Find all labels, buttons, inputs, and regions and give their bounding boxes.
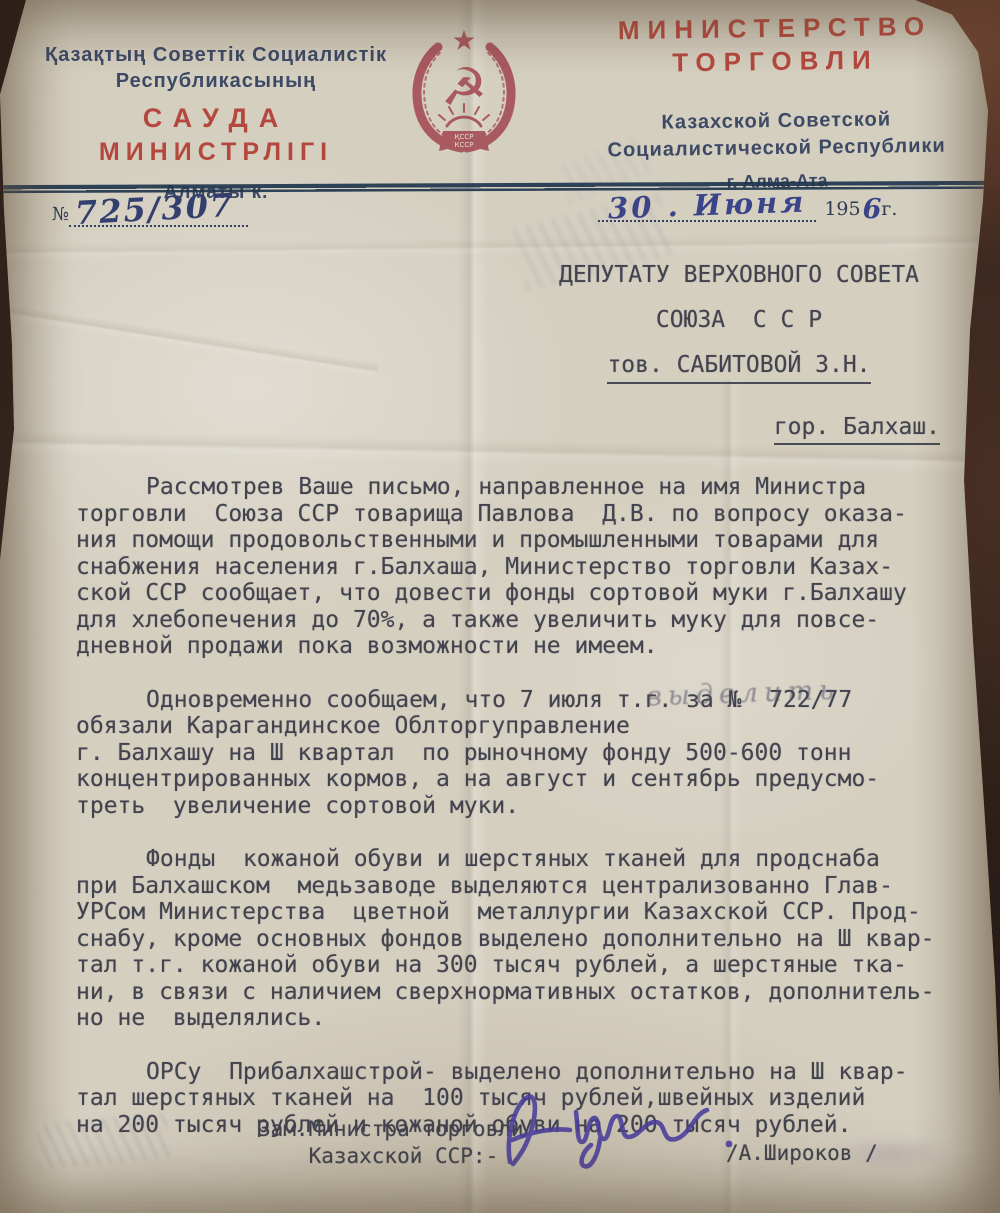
signature-title: Зам.Министра торговли Казахской ССР:- xyxy=(258,1116,524,1170)
number-dotted-line: 725/307 xyxy=(69,194,248,227)
star-icon xyxy=(454,30,475,50)
letterhead-kazakh-block: Қазақтың Советтік Социалистік Республика… xyxy=(34,42,398,204)
addressee-line2: СОЮЗА С С Р xyxy=(538,307,940,333)
addressee-city-underlined: гор. Балхаш. xyxy=(774,414,940,445)
handwritten-year-digit: 6 xyxy=(863,198,882,222)
addressee-line3: тов. САБИТОВОЙ З.Н. xyxy=(538,352,940,384)
ribbon-text-1: ҚССР xyxy=(455,133,474,141)
addressee-line1: ДЕПУТАТУ ВЕРХОВНОГО СОВЕТА xyxy=(538,262,940,288)
handwritten-date: 30 . Июня xyxy=(608,187,807,224)
addressee-block: ДЕПУТАТУ ВЕРХОВНОГО СОВЕТА СОЮЗА С С Р т… xyxy=(538,262,940,445)
letter-body: Рассмотрев Ваше письмо, направленное на … xyxy=(76,474,971,1165)
printed-year-suffix: г. xyxy=(881,198,897,222)
date-dotted-line: 30 . Июня xyxy=(598,190,816,222)
hammer-and-sickle-icon: ☭ xyxy=(441,58,488,118)
printed-year-prefix: 195 xyxy=(816,198,862,222)
letterhead-kazakh-ministry-line2: МИНИСТРЛІГІ xyxy=(34,138,398,167)
date-row: 30 . Июня 195 6 г. xyxy=(598,190,897,222)
number-label: № xyxy=(52,204,69,227)
letterhead-russian-ministry-line1: МИНИСТЕРСТВО xyxy=(577,9,973,48)
horizontal-crease-upper xyxy=(0,233,1000,261)
signature-printed-name: /А.Широков / xyxy=(726,1141,878,1165)
addressee-name-underlined: тов. САБИТОВОЙ З.Н. xyxy=(607,352,870,384)
letter-document: Қазақтың Советтік Социалистік Республика… xyxy=(0,0,1000,1213)
paragraph-1: Рассмотрев Ваше письмо, направленное на … xyxy=(76,474,971,660)
ribbon-text-2: КССР xyxy=(455,141,474,149)
letterhead-russian-ministry-line2: ТОРГОВЛИ xyxy=(577,42,973,81)
letterhead-kazakh-org-line2: Республикасының xyxy=(34,68,398,94)
letterhead-kazakh-ministry-line1: САУДА xyxy=(34,103,398,134)
paragraph-2: Одновременно сообщаем, что 7 июля т.г. з… xyxy=(76,687,971,820)
addressee-city: гор. Балхаш. xyxy=(538,414,940,445)
letterhead-kazakh-org-line1: Қазақтың Советтік Социалистік xyxy=(34,42,398,68)
letterhead-russian-org-line2: Социалистической Республики xyxy=(578,132,974,165)
paragraph-3: Фонды кожаной обуви и шерстяных тканей д… xyxy=(76,846,971,1032)
kazakh-ssr-coat-of-arms-icon: ☭ ҚССР КССР xyxy=(403,26,525,154)
letterhead-russian-block: МИНИСТЕРСТВО ТОРГОВЛИ Казахской Советско… xyxy=(577,9,975,195)
handwritten-reference-number: 725/307 xyxy=(74,190,235,228)
diagonal-crease xyxy=(0,297,379,379)
signature-handwriting xyxy=(492,1082,747,1177)
reference-number-row: № 725/307 xyxy=(52,194,248,227)
